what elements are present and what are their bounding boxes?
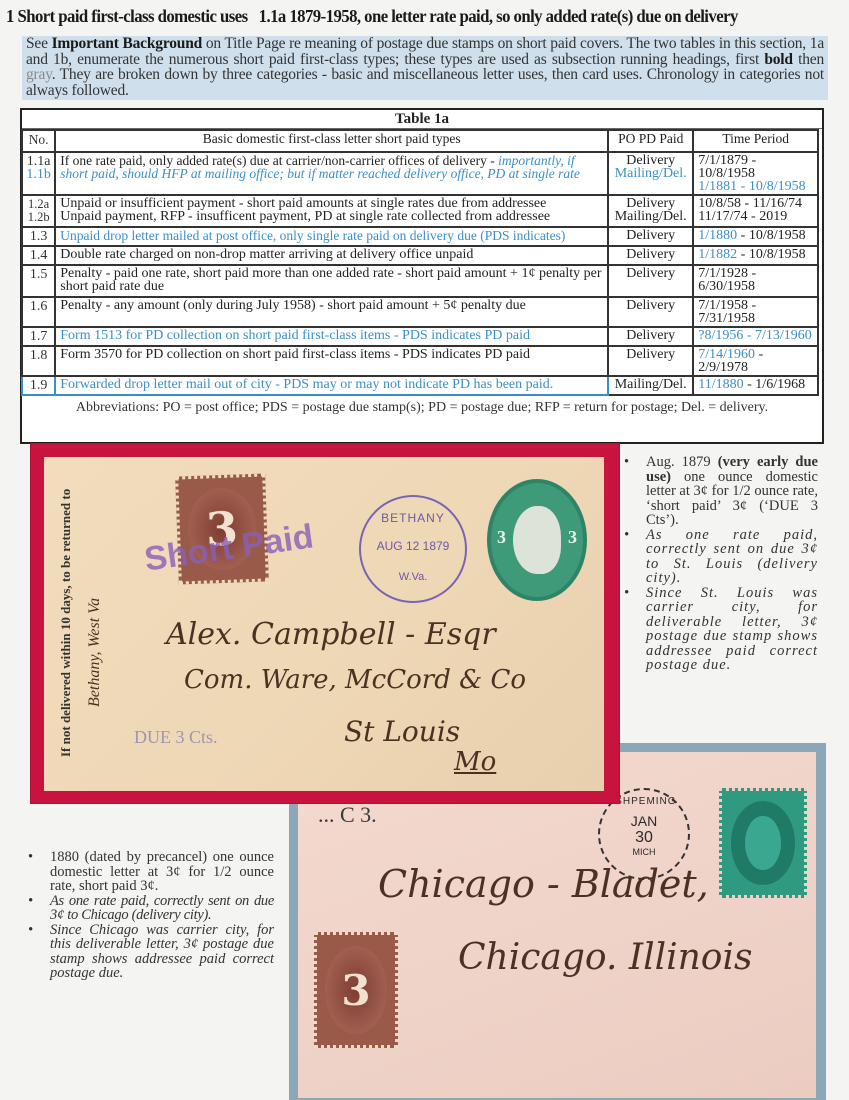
postage-due-stamp: 3 [314, 932, 398, 1048]
washington-head-icon [513, 506, 561, 574]
row-description: Forwarded drop letter mail out of city -… [55, 376, 608, 395]
row-description: Penalty - paid one rate, short paid more… [55, 265, 608, 297]
intro-bold-word: bold [764, 51, 793, 68]
period-end: - 10/8/1958 [737, 228, 805, 243]
row-po: Mailing/Del. [613, 210, 688, 223]
address-line: Chicago - Bladet, [378, 862, 709, 906]
postmark-date: AUG 12 1879 [361, 539, 465, 553]
row-po: Delivery [608, 246, 693, 265]
indicia-value: 3 [568, 527, 577, 548]
embossed-3c-indicia: 3 3 [487, 479, 587, 601]
note-item: Since Chicago was carrier city, for this… [24, 923, 274, 981]
page-heading: 1 Short paid first-class domestic uses1.… [6, 6, 787, 27]
note-item: 1880 (dated by precancel) one ounce dome… [24, 850, 274, 894]
row-period: 1/1881 - 10/8/1958 [698, 180, 813, 193]
intro-gray-word: gray [26, 66, 52, 83]
row-number: 1.3 [22, 227, 55, 246]
intro-text: . They are broken down by three categori… [26, 66, 824, 99]
period-start: 11/1880 [698, 377, 743, 392]
note-item: Since St. Louis was carrier city, for de… [620, 586, 818, 673]
address-line: Mo [454, 747, 496, 777]
postmark-town: BETHANY [361, 511, 465, 525]
note-item: As one rate paid, correctly sent on due … [620, 528, 818, 586]
header-type: Basic domestic first-class letter short … [55, 130, 608, 152]
row-po: Delivery [608, 327, 693, 346]
precancel-marking: ... C 3. [318, 802, 377, 828]
address-line: Alex. Campbell - Esqr [166, 617, 496, 652]
cover2-notes: 1880 (dated by precancel) one ounce dome… [24, 850, 274, 981]
row-number: 1.9 [22, 376, 55, 395]
row-number: 1.4 [22, 246, 55, 265]
row-description: Unpaid drop letter mailed at post office… [55, 227, 608, 246]
row-number: 1.1b [25, 168, 52, 181]
intro-text: See [26, 35, 52, 52]
row-po: Delivery [608, 265, 693, 297]
row-po: Mailing/Del. [613, 167, 688, 180]
section-title: 1 Short paid first-class domestic uses [6, 6, 248, 26]
row-number: 1.7 [22, 327, 55, 346]
envelope: ... C 3. ISHPEMING JAN 30 MICH Chicago -… [298, 752, 816, 1098]
table-1a: Table 1a No. Basic domestic first-class … [20, 108, 824, 444]
table-1a-grid: No. Basic domestic first-class letter sh… [21, 129, 819, 396]
row-period: 7/1/1958 - 7/31/1958 [693, 297, 818, 327]
table-row: 1.6 Penalty - any amount (only during Ju… [22, 297, 818, 327]
row-description: Penalty - any amount (only during July 1… [55, 297, 608, 327]
header-po-pd-paid: PO PD Paid [608, 130, 693, 152]
postmark-state: W.Va. [361, 571, 465, 583]
row-po: Delivery [608, 297, 693, 327]
row-description: Double rate charged on non-drop matter a… [55, 246, 608, 265]
cover-bethany: If not delivered within 10 days, to be r… [31, 444, 619, 803]
note-item: Aug. 1879 (very early due use) one ounce… [620, 455, 818, 528]
period-range: 7/1/1928 - 6/30/1958 [698, 266, 756, 294]
green-3c-stamp [719, 788, 807, 898]
note-item: As one rate paid, correctly sent on due … [24, 894, 274, 923]
address-line: Chicago. Illinois [458, 937, 752, 978]
header-time-period: Time Period [693, 130, 818, 152]
row-period: 1/1880 - 10/8/1958 [693, 227, 818, 246]
table-header-row: No. Basic domestic first-class letter sh… [22, 130, 818, 152]
table-row: 1.7 Form 1513 for PD collection on short… [22, 327, 818, 346]
row-period: 7/14/1960 - 2/9/1978 [693, 346, 818, 376]
row-description: Form 1513 for PD collection on short pai… [55, 327, 608, 346]
table-row: 1.5 Penalty - paid one rate, short paid … [22, 265, 818, 297]
table-row: 1.1a1.1b If one rate paid, only added ra… [22, 152, 818, 195]
row-number: 1.8 [22, 346, 55, 376]
return-instruction: If not delivered within 10 days, to be r… [58, 489, 74, 757]
envelope: If not delivered within 10 days, to be r… [44, 457, 604, 791]
row-period: 7/1/1928 - 6/30/1958 [693, 265, 818, 297]
period-range: ?8/1956 - 7/13/1960 [698, 328, 812, 343]
intro-text: then [793, 51, 824, 68]
row-number: 1.6 [22, 297, 55, 327]
row-period: 11/17/74 - 2019 [698, 210, 813, 223]
table-row: 1.9 Forwarded drop letter mail out of ci… [22, 376, 818, 395]
postmark-day: 30 [600, 829, 688, 847]
row-period: 7/1/1879 - 10/8/1958 [698, 154, 813, 180]
row-po: Mailing/Del. [608, 376, 693, 395]
row-description: Form 3570 for PD collection on short pai… [55, 346, 608, 376]
table-row: 1.4 Double rate charged on non-drop matt… [22, 246, 818, 265]
note-text: one ounce domestic letter at 3¢ for 1/2 … [646, 469, 818, 529]
period-start: 1/1882 [698, 247, 737, 262]
postmark-month: JAN [600, 813, 688, 829]
return-address-handwritten: Bethany, West Va [86, 598, 104, 707]
row-po: Delivery [608, 346, 693, 376]
subsection-title: 1.1a 1879-1958, one letter rate paid, so… [259, 6, 738, 26]
address-line: Com. Ware, McCord & Co [184, 665, 526, 695]
period-end: - 1/6/1968 [744, 377, 805, 392]
period-end: - 10/8/1958 [737, 247, 805, 262]
header-no: No. [22, 130, 55, 152]
row-description: Unpaid payment, RFP - insufficent paymen… [60, 210, 603, 223]
period-start: 1/1880 [698, 228, 737, 243]
row-number: 1.5 [22, 265, 55, 297]
row-period: 11/1880 - 1/6/1968 [693, 376, 818, 395]
row-period: 1/1882 - 10/8/1958 [693, 246, 818, 265]
row-period: ?8/1956 - 7/13/1960 [693, 327, 818, 346]
due-stamp-value: 3 [325, 946, 387, 1034]
row-po: Delivery [608, 227, 693, 246]
table-title: Table 1a [22, 110, 822, 129]
intro-paragraph: See Important Background on Title Page r… [22, 36, 828, 100]
bethany-postmark: BETHANY AUG 12 1879 W.Va. [359, 495, 467, 603]
table-row: 1.2a1.2b Unpaid or insufficient payment … [22, 195, 818, 227]
table-row: 1.3 Unpaid drop letter mailed at post of… [22, 227, 818, 246]
period-range: 7/1/1958 - 7/31/1958 [698, 298, 756, 326]
address-line: St Louis [344, 715, 460, 748]
table-row: 1.8 Form 3570 for PD collection on short… [22, 346, 818, 376]
intro-bold-important: Important Background [52, 35, 202, 52]
due-3-cts-marking: DUE 3 Cts. [134, 727, 218, 748]
stamp-portrait [731, 801, 795, 884]
postmark-state: MICH [600, 847, 688, 857]
abbreviations-footnote: Abbreviations: PO = post office; PDS = p… [22, 396, 822, 416]
row-number: 1.2b [25, 211, 52, 224]
indicia-value: 3 [497, 527, 506, 548]
cover1-notes: Aug. 1879 (very early due use) one ounce… [620, 455, 818, 673]
